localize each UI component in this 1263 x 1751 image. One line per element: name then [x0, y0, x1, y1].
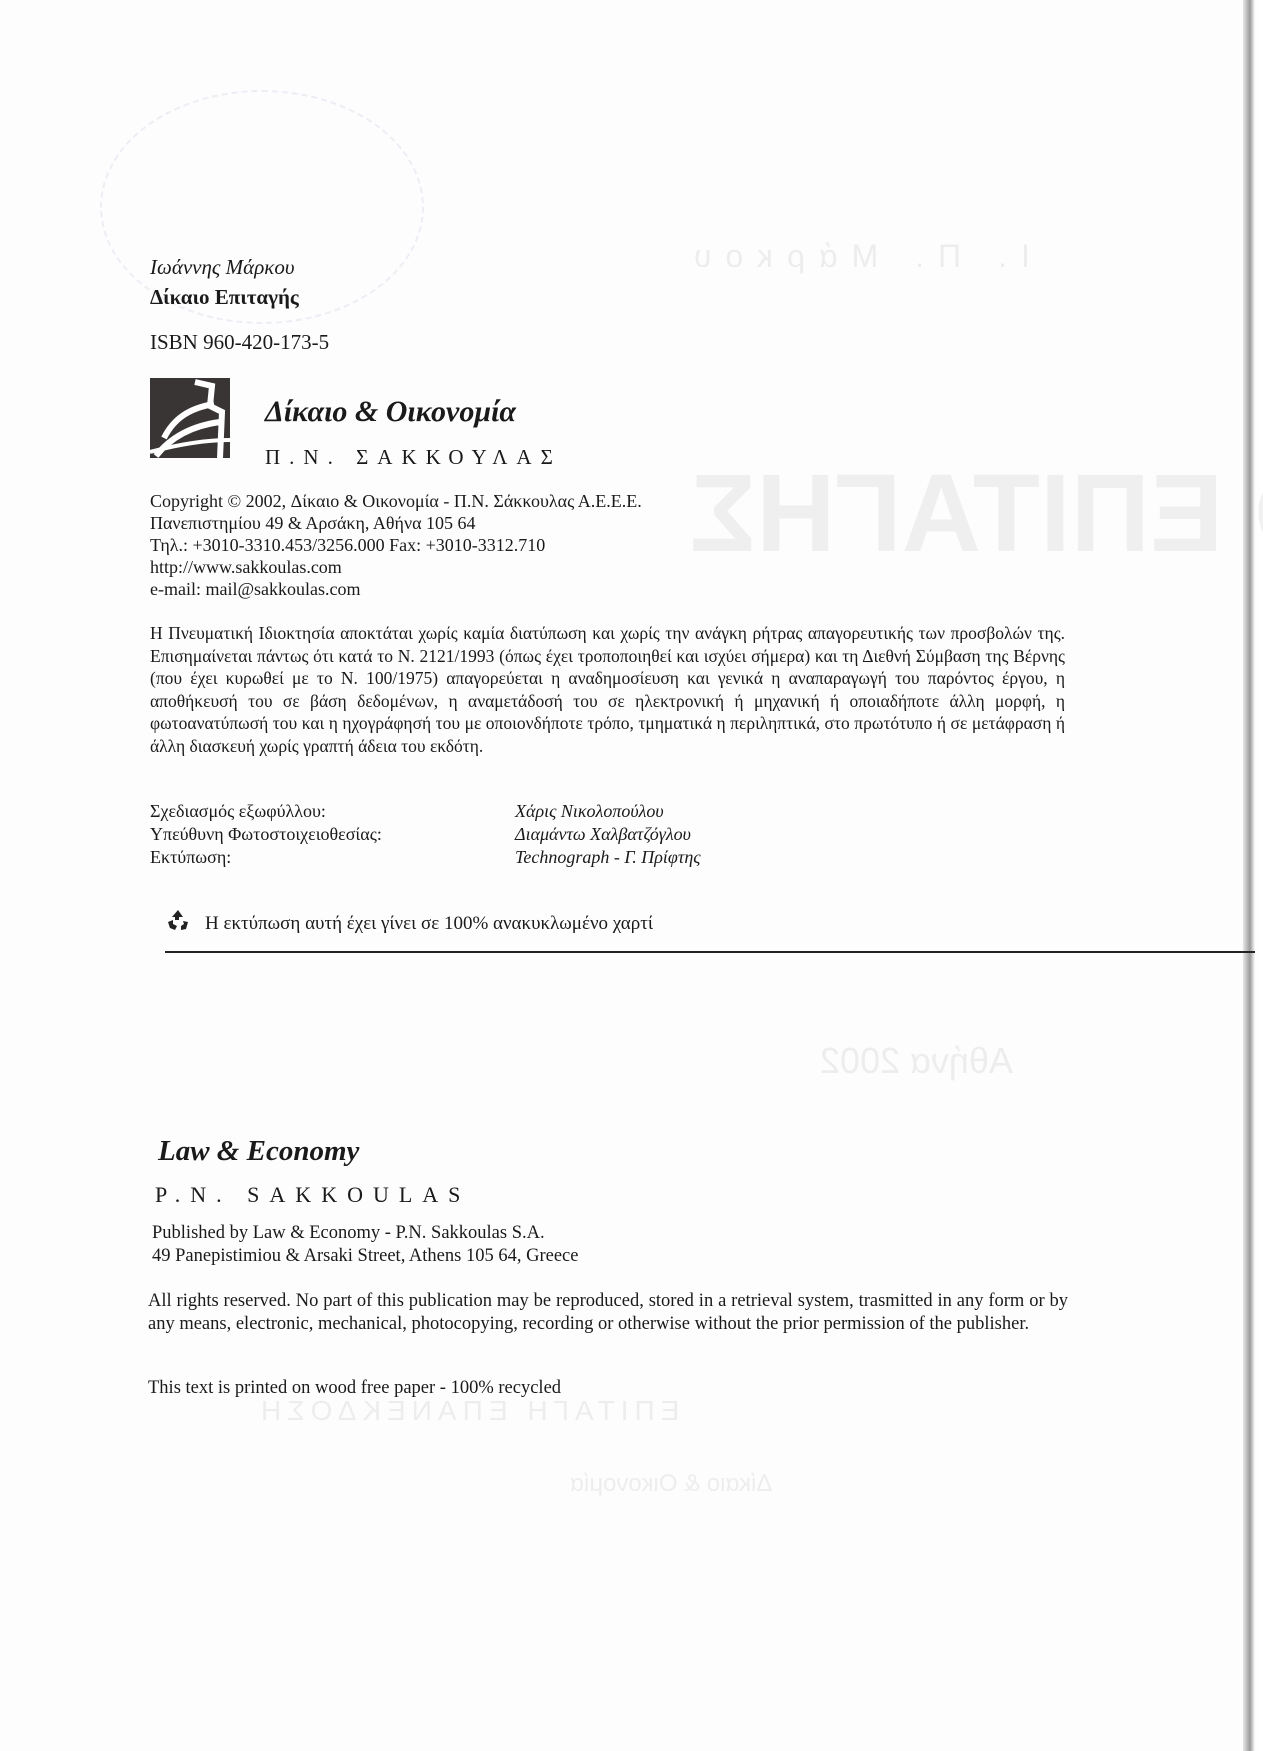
copyright-line: Copyright © 2002, Δίκαιο & Οικονομία - Π… [150, 490, 642, 512]
address-line-en: 49 Panepistimiou & Arsaki Street, Athens… [152, 1245, 578, 1268]
publisher-contact-gr: Copyright © 2002, Δίκαιο & Οικονομία - Π… [150, 490, 642, 600]
bleed-through-edition: ΕΠΙΤΑΓΗ ΕΠΑΝΕΚΔΟΣΗ [255, 1395, 679, 1427]
bleed-through-publisher: Δίκαιο & Οικονομία [570, 1470, 772, 1498]
publisher-subname-en: P.N. SAKKOULAS [155, 1182, 470, 1208]
credit-row: Σχεδιασμός εξωφύλλου: Χάρις Νικολοπούλου [150, 800, 701, 823]
recycle-icon [165, 908, 191, 940]
recycle-note: Η εκτύπωση αυτή έχει γίνει σε 100% ανακυ… [165, 908, 653, 940]
rights-notice-en: All rights reserved. No part of this pub… [148, 1290, 1068, 1336]
credit-value: Χάρις Νικολοπούλου [515, 800, 664, 823]
page-edge-shadow [1243, 0, 1263, 1751]
credit-label: Εκτύπωση: [150, 846, 515, 869]
book-author: Ιωάννης Μάρκου [150, 255, 295, 280]
credit-row: Εκτύπωση: Technograph - Γ. Πρίφτης [150, 846, 701, 869]
credit-label: Σχεδιασμός εξωφύλλου: [150, 800, 515, 823]
credit-value: Technograph - Γ. Πρίφτης [515, 846, 701, 869]
address-line: Πανεπιστημίου 49 & Αρσάκη, Αθήνα 105 64 [150, 512, 642, 534]
published-by-line: Published by Law & Economy - P.N. Sakkou… [152, 1222, 578, 1245]
paper-note-en: This text is printed on wood free paper … [148, 1378, 561, 1399]
bleed-through-title: ΔΙΚΑΙΟ ΕΠΙΤΑΓΗΣ [690, 450, 1263, 577]
bleed-through-city: Αθήνα 2002 [820, 1040, 1013, 1082]
publisher-subname-gr: Π.Ν. ΣΑΚΚΟΥΛΑΣ [265, 445, 562, 470]
website-link[interactable]: http://www.sakkoulas.com [150, 556, 642, 578]
publisher-logo-icon [150, 378, 230, 458]
publisher-info-en: Published by Law & Economy - P.N. Sakkou… [152, 1222, 578, 1268]
legal-notice-gr: Η Πνευματική Ιδιοκτησία αποκτάται χωρίς … [150, 622, 1065, 757]
isbn: ISBN 960-420-173-5 [150, 330, 329, 355]
section-divider [165, 951, 1255, 953]
phone-line: Τηλ.: +3010-3310.453/3256.000 Fax: +3010… [150, 534, 642, 556]
credit-label: Υπεύθυνη Φωτοστοιχειοθεσίας: [150, 823, 515, 846]
credits: Σχεδιασμός εξωφύλλου: Χάρις Νικολοπούλου… [150, 800, 701, 869]
bleed-through-author: Ι. Π. Μάρκου [680, 238, 1030, 275]
credit-value: Διαμάντω Χαλβατζόγλου [515, 823, 691, 846]
credit-row: Υπεύθυνη Φωτοστοιχειοθεσίας: Διαμάντω Χα… [150, 823, 701, 846]
email-link[interactable]: e-mail: mail@sakkoulas.com [150, 578, 642, 600]
publisher-name-gr: Δίκαιο & Οικονομία [265, 395, 516, 429]
book-title: Δίκαιο Επιταγής [150, 285, 299, 310]
recycle-text: Η εκτύπωση αυτή έχει γίνει σε 100% ανακυ… [205, 913, 653, 935]
publisher-name-en: Law & Economy [158, 1135, 359, 1168]
